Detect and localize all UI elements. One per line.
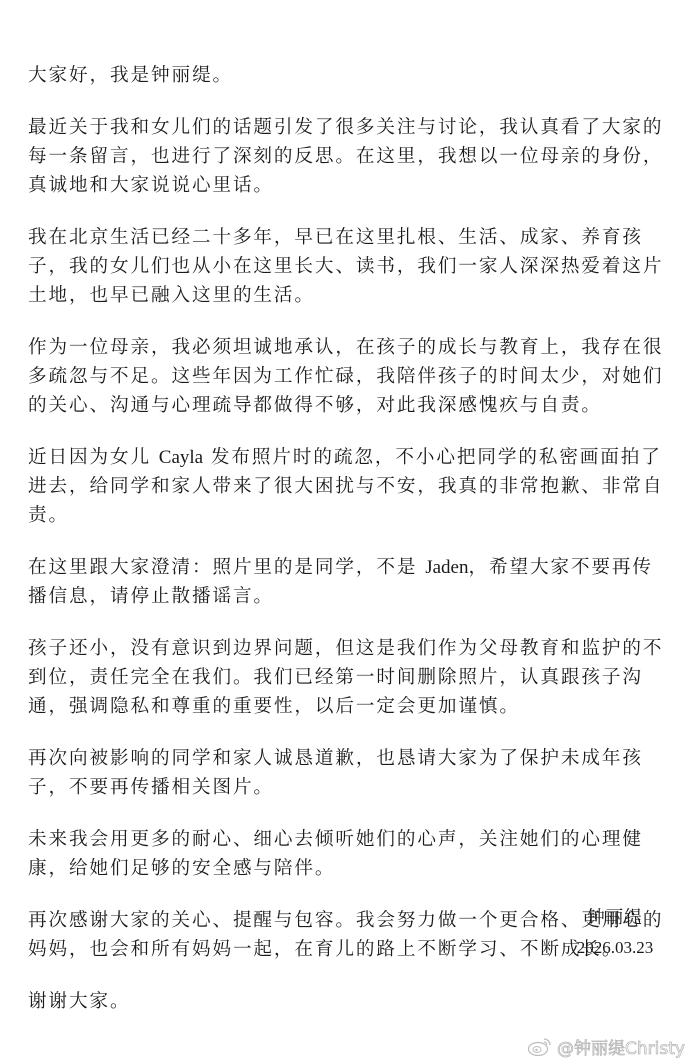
signature-block: 钟丽缇 2026.03.23 (560, 904, 670, 962)
statement-document: 大家好，我是钟丽缇。 最近关于我和女儿们的话题引发了很多关注与讨论，我认真看了大… (28, 61, 668, 1016)
paragraph-mother-admission: 作为一位母亲，我必须坦诚地承认，在孩子的成长与教育上，我存在很多疏忽与不足。这些… (28, 333, 668, 420)
paragraph-responsibility: 孩子还小，没有意识到边界问题，但这是我们作为父母教育和监护的不到位，责任完全在我… (28, 634, 668, 721)
paragraph-photo-incident: 近日因为女儿 Cayla 发布照片时的疏忽，不小心把同学的私密画面拍了进去，给同… (28, 443, 668, 530)
paragraph-beijing: 我在北京生活已经二十多年，早已在这里扎根、生活、成家、养育孩子，我的女儿们也从小… (28, 223, 668, 310)
signature-name: 钟丽缇 (560, 904, 670, 933)
paragraph-reflection: 最近关于我和女儿们的话题引发了很多关注与讨论，我认真看了大家的每一条留言，也进行… (28, 113, 668, 200)
weibo-icon (527, 1035, 553, 1057)
weibo-handle: @钟丽缇Christy (557, 1034, 685, 1059)
paragraph-future: 未来我会用更多的耐心、细心去倾听她们的心声，关注她们的心理健康，给她们足够的安全… (28, 825, 668, 883)
signature-date: 2026.03.23 (560, 933, 670, 962)
name-cayla: Cayla (159, 447, 203, 468)
paragraph-clarification: 在这里跟大家澄清：照片里的是同学，不是 Jaden，希望大家不要再传播信息，请停… (28, 553, 668, 611)
paragraph-apology: 再次向被影响的同学和家人诚恳道歉，也恳请大家为了保护未成年孩子，不要再传播相关图… (28, 744, 668, 802)
greeting: 大家好，我是钟丽缇。 (28, 61, 668, 90)
name-jaden: Jaden (425, 557, 468, 578)
closing-line: 谢谢大家。 (28, 987, 668, 1016)
weibo-watermark: @钟丽缇Christy (527, 1034, 685, 1058)
